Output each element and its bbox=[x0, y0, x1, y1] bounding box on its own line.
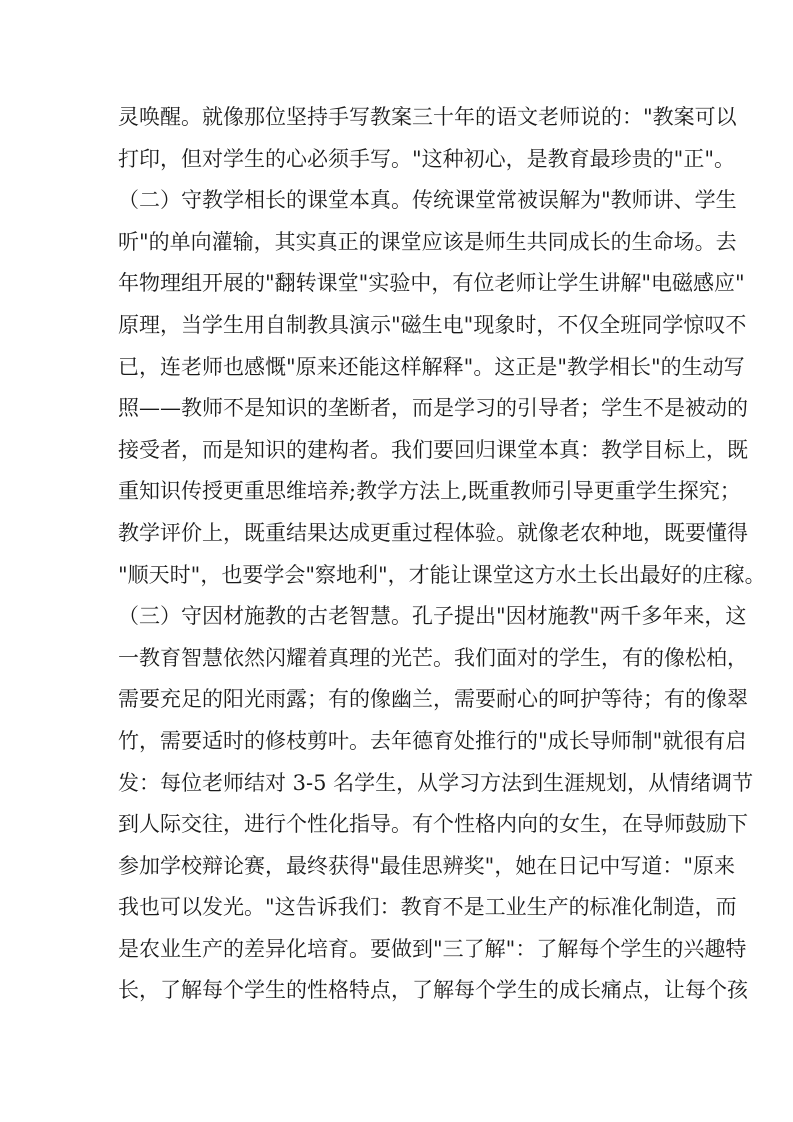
text-line: 需要充足的阳光雨露；有的像幽兰，需要耐心的呵护等待；有的像翠 bbox=[118, 679, 676, 721]
text-line: 听"的单向灌输，其实真正的课堂应该是师生共同成长的生命场。去 bbox=[118, 222, 676, 264]
text-line: 竹，需要适时的修枝剪叶。去年德育处推行的"成长导师制"就很有启 bbox=[118, 721, 676, 763]
text-line: 是农业生产的差异化培育。要做到"三了解"：了解每个学生的兴趣特 bbox=[118, 929, 676, 971]
text-line: 灵唤醒。就像那位坚持手写教案三十年的语文老师说的："教案可以 bbox=[118, 97, 676, 139]
section-heading-line: （三）守因材施教的古老智慧。孔子提出"因材施教"两千多年来，这 bbox=[118, 596, 676, 638]
text-line: 发：每位老师结对 3-5 名学生，从学习方法到生涯规划，从情绪调节 bbox=[118, 763, 676, 805]
text-line: 长，了解每个学生的性格特点，了解每个学生的成长痛点，让每个孩 bbox=[118, 970, 676, 1012]
text-line: 教学评价上，既重结果达成更重过程体验。就像老农种地，既要懂得 bbox=[118, 513, 676, 555]
text-line: 已，连老师也感慨"原来还能这样解释"。这正是"教学相长"的生动写 bbox=[118, 347, 676, 389]
text-line: 照——教师不是知识的垄断者，而是学习的引导者；学生不是被动的 bbox=[118, 388, 676, 430]
text-line: 接受者，而是知识的建构者。我们要回归课堂本真：教学目标上，既 bbox=[118, 430, 676, 472]
text-line: 重知识传授更重思维培养;教学方法上,既重教师引导更重学生探究； bbox=[118, 471, 676, 513]
text-line: 我也可以发光。"这告诉我们：教育不是工业生产的标准化制造，而 bbox=[118, 887, 676, 929]
text-line: 打印，但对学生的心必须手写。"这种初心，是教育最珍贵的"正"。 bbox=[118, 139, 676, 181]
text-line: 一教育智慧依然闪耀着真理的光芒。我们面对的学生，有的像松柏， bbox=[118, 638, 676, 680]
document-page: 灵唤醒。就像那位坚持手写教案三十年的语文老师说的："教案可以 打印，但对学生的心… bbox=[118, 97, 676, 1012]
text-line: 到人际交往，进行个性化指导。有个性格内向的女生，在导师鼓励下 bbox=[118, 804, 676, 846]
text-line: 原理，当学生用自制教具演示"磁生电"现象时，不仅全班同学惊叹不 bbox=[118, 305, 676, 347]
text-line: "顺天时"，也要学会"察地利"，才能让课堂这方水土长出最好的庄稼。 bbox=[118, 555, 676, 597]
section-heading-line: （二）守教学相长的课堂本真。传统课堂常被误解为"教师讲、学生 bbox=[118, 180, 676, 222]
text-line: 参加学校辩论赛，最终获得"最佳思辨奖"，她在日记中写道："原来 bbox=[118, 846, 676, 888]
text-line: 年物理组开展的"翻转课堂"实验中，有位老师让学生讲解"电磁感应" bbox=[118, 263, 676, 305]
